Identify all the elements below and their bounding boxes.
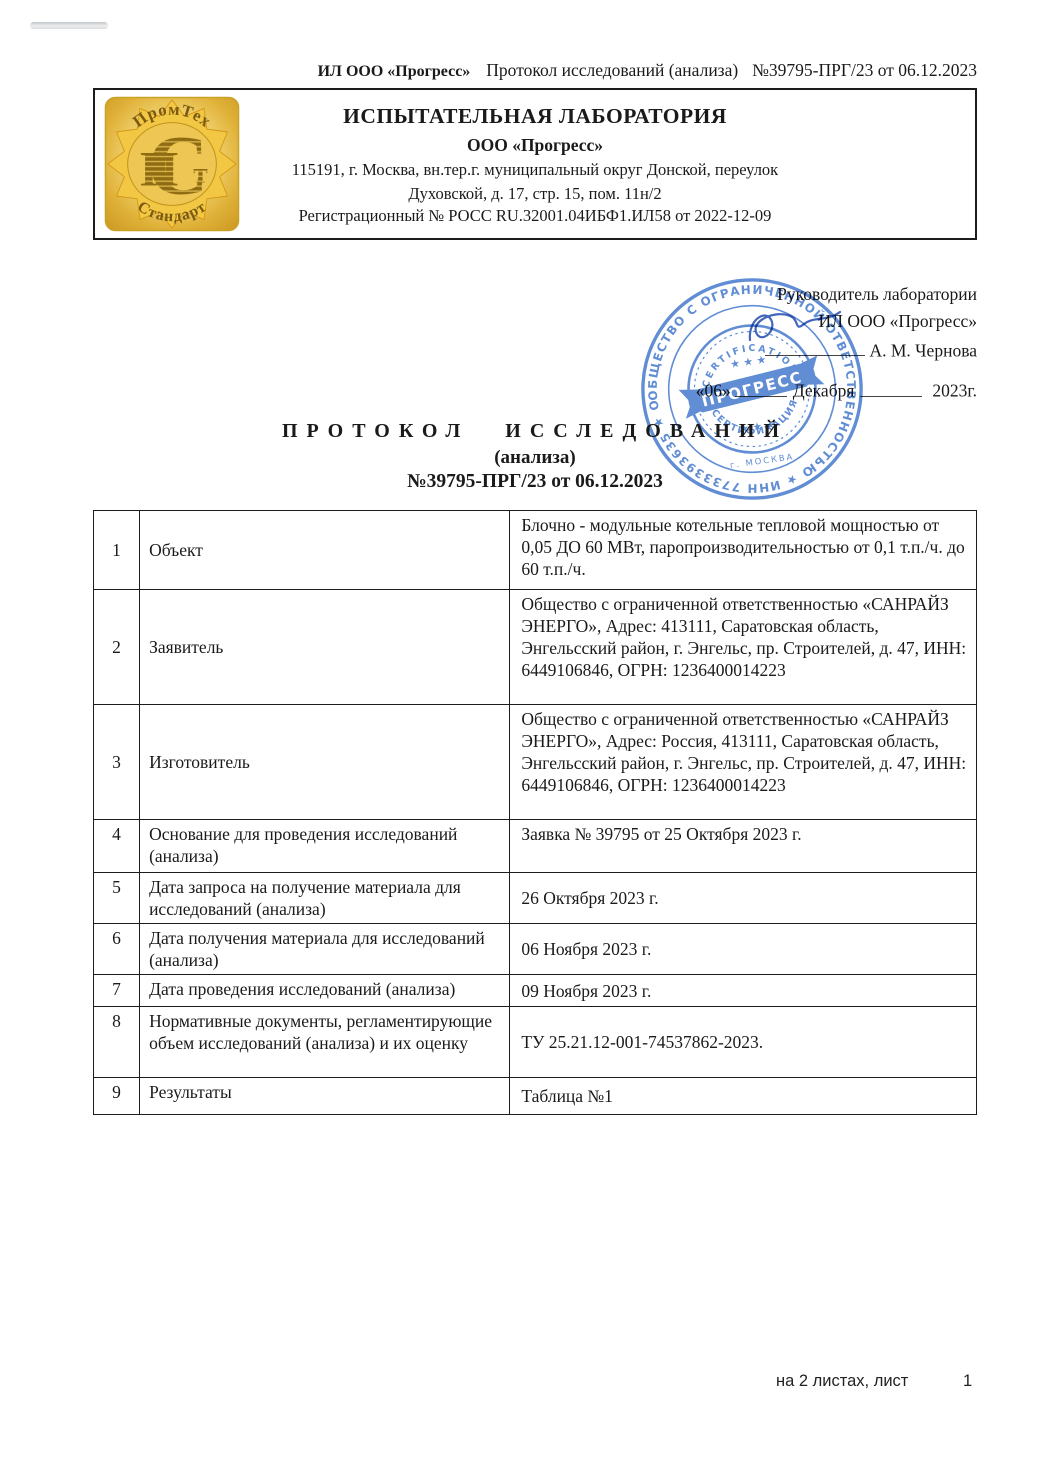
row-value-cell: Общество с ограниченной ответственностью… (510, 705, 977, 820)
protocol-title-line2: (анализа) (93, 447, 977, 469)
row-value-cell: 06 Ноября 2023 г. (510, 924, 977, 975)
table-row: 3 Изготовитель Общество с ограниченной о… (94, 705, 977, 820)
running-header: ИЛ ООО «Прогресс»Протокол исследований (… (93, 60, 977, 81)
table-row: 1 Объект Блочно - модульные котельные те… (94, 511, 977, 590)
row-label-cell: Дата проведения исследований (анализа) (140, 975, 510, 1007)
row-label-cell: Основание для проведения исследований (а… (140, 820, 510, 873)
logo-letter-p: П (140, 142, 178, 197)
row-number-cell: 2 (94, 590, 140, 705)
table-row: 6 Дата получения материала для исследова… (94, 924, 977, 975)
row-number-cell: 9 (94, 1078, 140, 1115)
row-number-cell: 8 (94, 1007, 140, 1078)
promtech-standart-logo-icon: С П т ПромТех Стандарт (103, 95, 241, 233)
table-row: 2 Заявитель Общество с ограниченной отве… (94, 590, 977, 705)
row-label-cell: Нормативные документы, регламентирующие … (140, 1007, 510, 1078)
row-number-cell: 1 (94, 511, 140, 590)
row-value-cell: Блочно - модульные котельные тепловой мо… (510, 511, 977, 590)
protocol-document-page: ИЛ ООО «Прогресс»Протокол исследований (… (0, 0, 1048, 1479)
row-label-cell: Изготовитель (140, 705, 510, 820)
table-row: 9 Результаты Таблица №1 (94, 1078, 977, 1115)
row-value-cell: Общество с ограниченной ответственностью… (510, 590, 977, 705)
row-value-cell: Заявка № 39795 от 25 Октября 2023 г. (510, 820, 977, 873)
footer-page-number: 1 (963, 1372, 972, 1391)
row-number-cell: 4 (94, 820, 140, 873)
protocol-title-block: ПРОТОКОЛ ИССЛЕДОВАНИЙ (анализа) №39795-П… (93, 420, 977, 493)
row-label-cell: Результаты (140, 1078, 510, 1115)
header-doc-title: Протокол исследований (анализа) (486, 60, 738, 80)
row-value-cell: 09 Ноября 2023 г. (510, 975, 977, 1007)
row-number-cell: 5 (94, 873, 140, 924)
protocol-title-line3: №39795-ПРГ/23 от 06.12.2023 (93, 471, 977, 493)
row-value-cell: Таблица №1 (510, 1078, 977, 1115)
date-year: 2023г. (932, 381, 977, 401)
row-label-cell: Дата получения материала для исследовани… (140, 924, 510, 975)
header-doc-number: №39795-ПРГ/23 от 06.12.2023 (752, 60, 977, 80)
row-label-cell: Заявитель (140, 590, 510, 705)
laboratory-header-box: ИСПЫТАТЕЛЬНАЯ ЛАБОРАТОРИЯ ООО «Прогресс»… (93, 88, 977, 240)
row-number-cell: 7 (94, 975, 140, 1007)
row-number-cell: 3 (94, 705, 140, 820)
row-label-cell: Дата запроса на получение материала для … (140, 873, 510, 924)
scan-artifact (30, 22, 108, 29)
row-number-cell: 6 (94, 924, 140, 975)
footer-sheets-text: на 2 листах, лист (776, 1372, 908, 1391)
table-row: 7 Дата проведения исследований (анализа)… (94, 975, 977, 1007)
protocol-title-line1: ПРОТОКОЛ ИССЛЕДОВАНИЙ (93, 420, 977, 443)
table-row: 5 Дата запроса на получение материала дл… (94, 873, 977, 924)
row-label-cell: Объект (140, 511, 510, 590)
table-row: 4 Основание для проведения исследований … (94, 820, 977, 873)
row-value-cell: ТУ 25.21.12-001-74537862-2023. (510, 1007, 977, 1078)
row-value-cell: 26 Октября 2023 г. (510, 873, 977, 924)
signatory-name: А. М. Чернова (869, 340, 977, 360)
logo-letter-t: т (193, 158, 208, 190)
table-row: 8 Нормативные документы, регламентирующи… (94, 1007, 977, 1078)
protocol-details-table: 1 Объект Блочно - модульные котельные те… (93, 510, 977, 1115)
header-company: ИЛ ООО «Прогресс» (318, 63, 471, 80)
